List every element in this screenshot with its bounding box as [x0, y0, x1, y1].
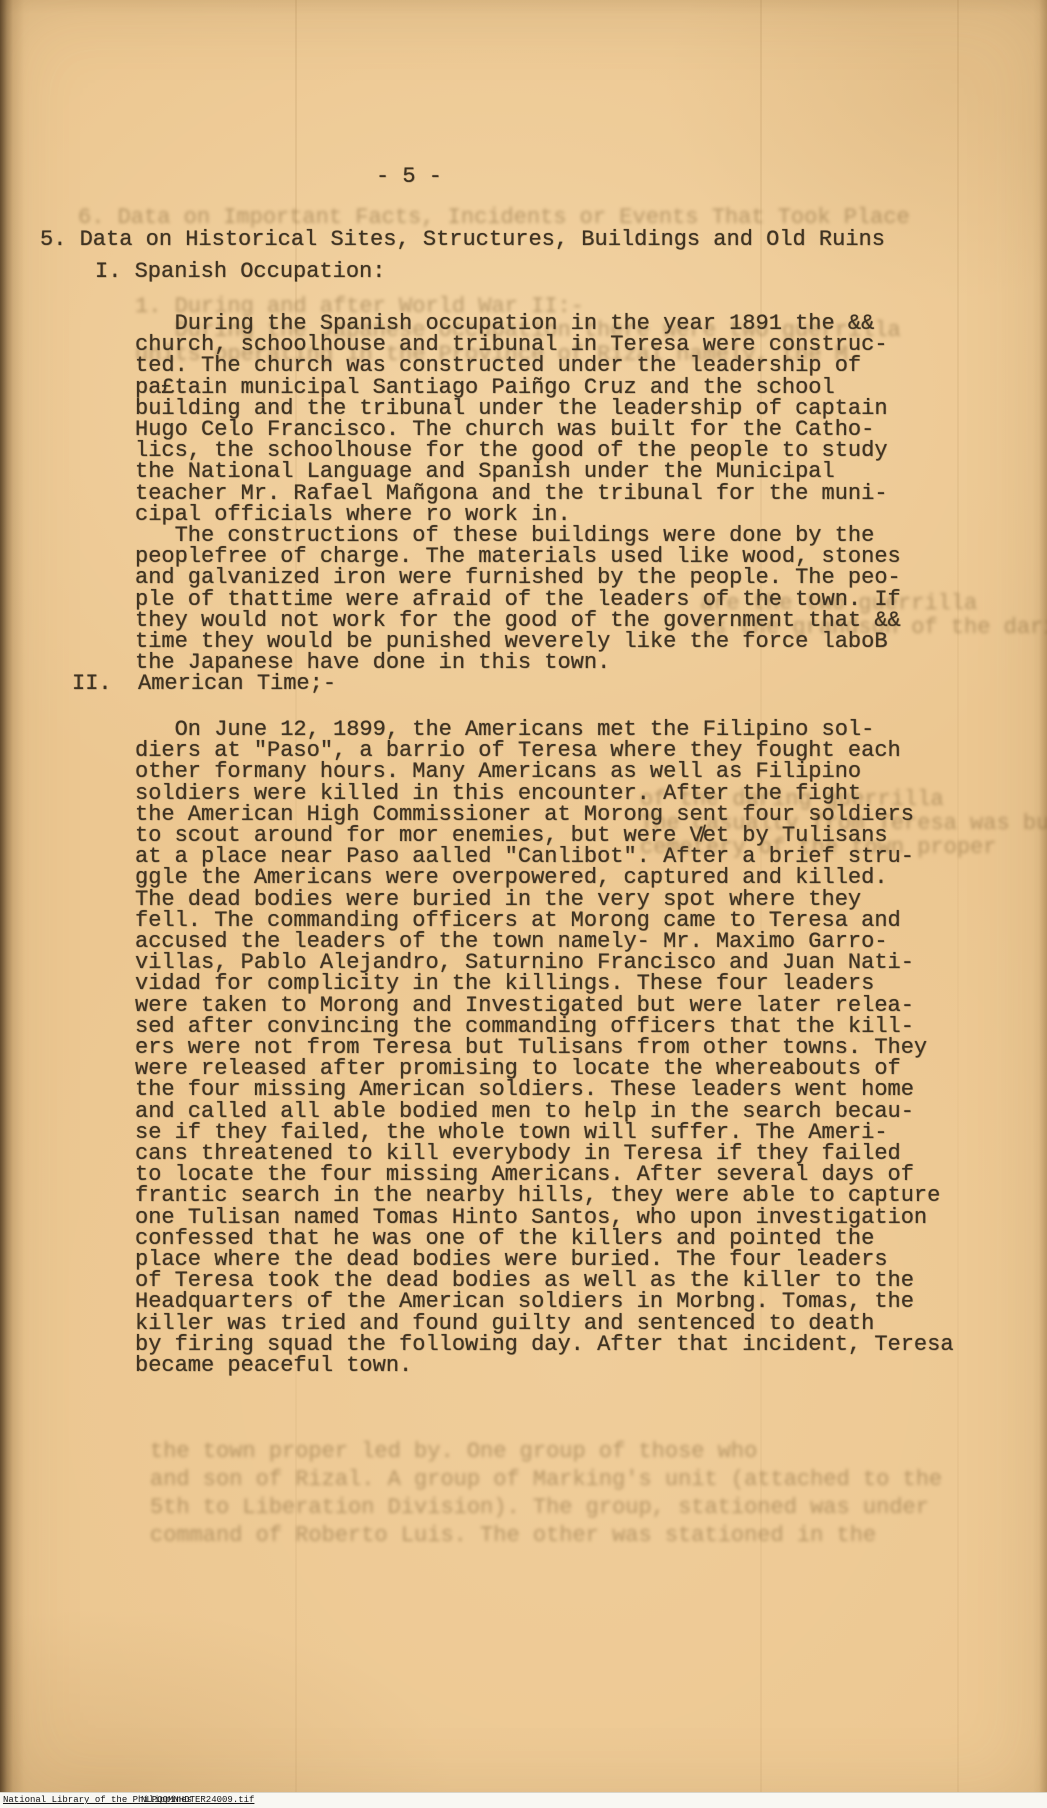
ghost-text-bottom: the town proper led by. One group of tho… [150, 1438, 942, 1550]
paper-edge-left [0, 0, 24, 1808]
paper-edge-right [1039, 0, 1047, 1808]
scanned-document-page: 6. Data on Important Facts, Incidents or… [0, 0, 1047, 1808]
scan-footer-bar: National Library of the Philippines NLPO… [0, 1792, 1047, 1808]
subsection-heading-spanish: I. Spanish Occupation: [95, 261, 385, 282]
scan-filename: NLPOOMNHDTER24009.tif [141, 1795, 254, 1806]
section-heading: 5. Data on Historical Sites, Structures,… [40, 229, 885, 250]
paragraph-spanish-2: The constructions of these buildings wer… [135, 525, 901, 673]
fold-crease [957, 0, 959, 1808]
subsection-heading-american: II. American Time;- [72, 673, 336, 694]
paragraph-american-1: On June 12, 1899, the Americans met the … [135, 719, 954, 1376]
page-number: - 5 - [376, 166, 442, 187]
paragraph-spanish-1: During the Spanish occupation in the yea… [135, 313, 888, 525]
